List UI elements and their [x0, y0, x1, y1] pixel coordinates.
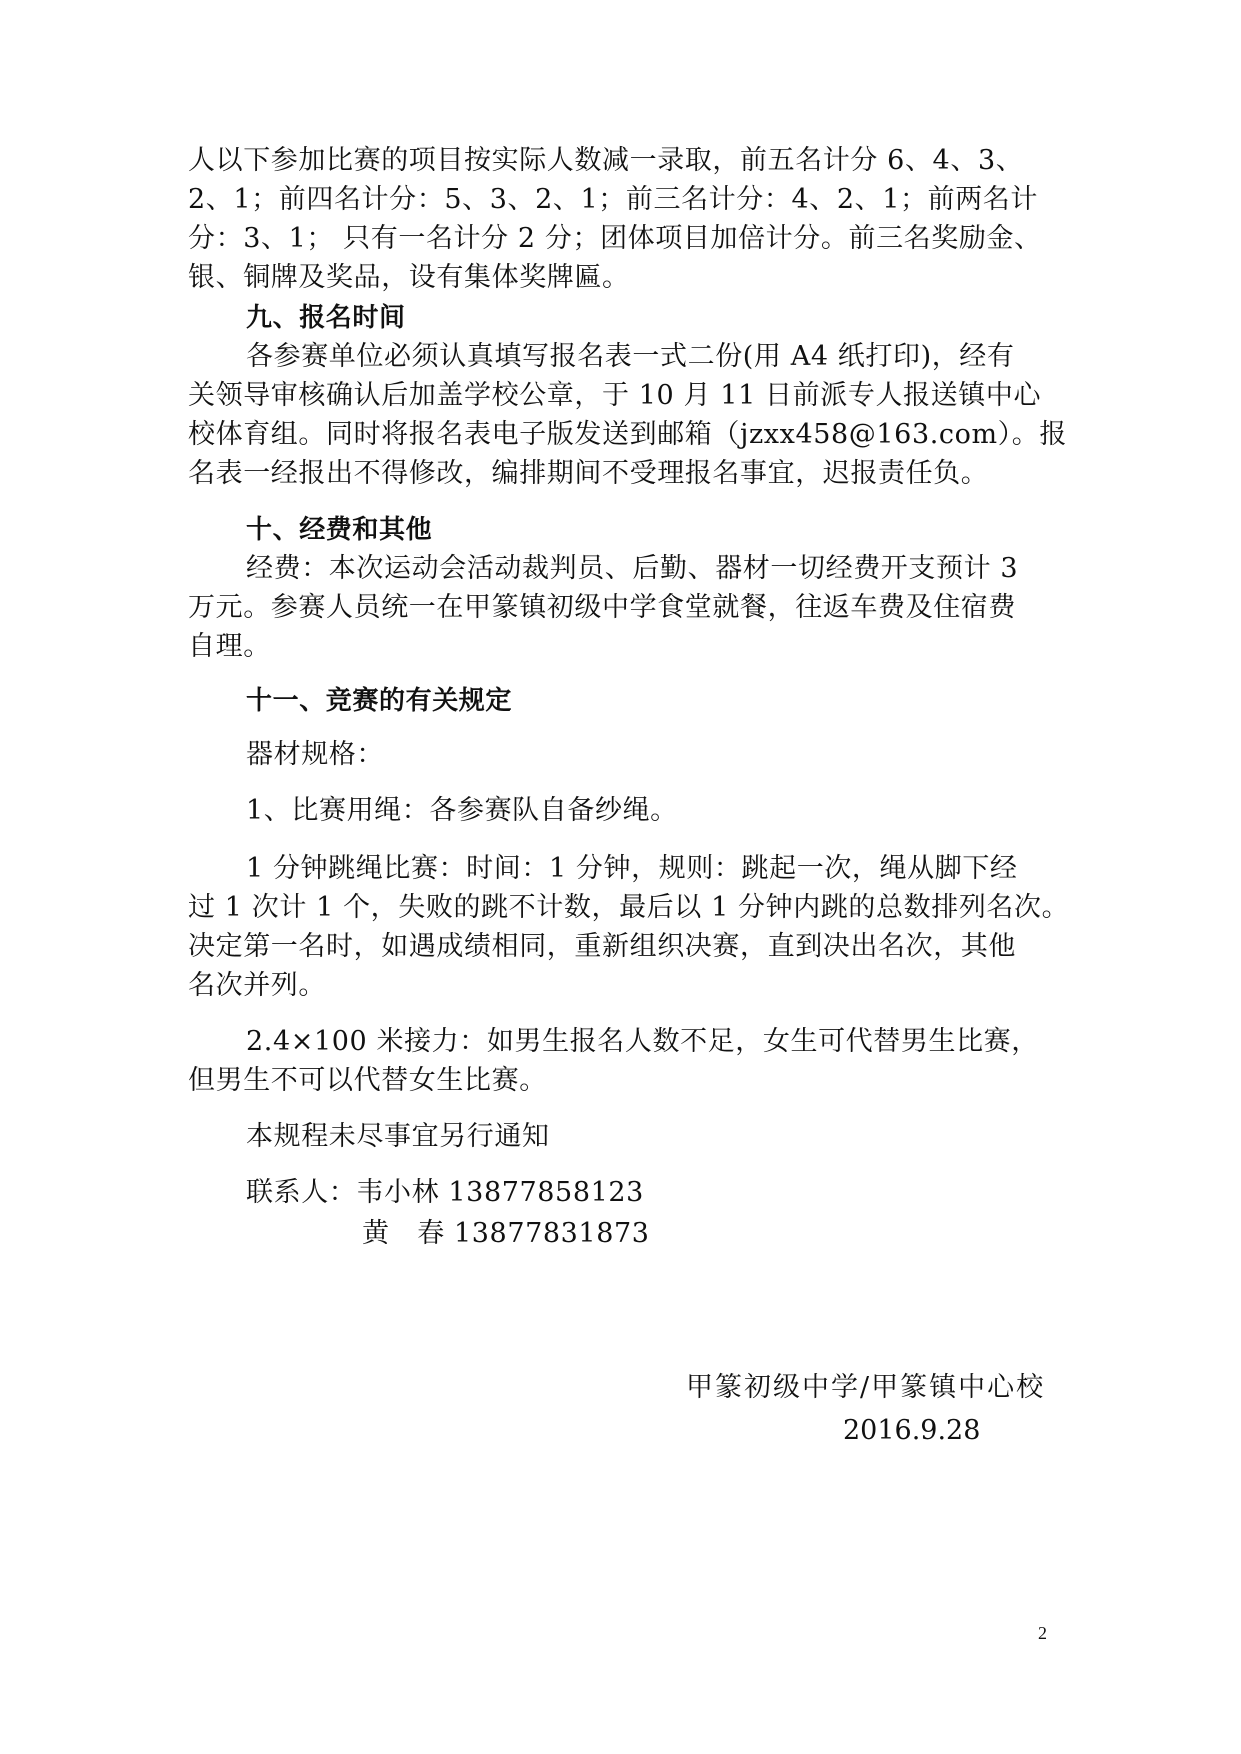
- intro-line-2: 2、1；前四名计分：5、3、2、1；前三名计分：4、2、1；前两名计: [188, 182, 1038, 218]
- registration-line-2: 关领导审核确认后加盖学校公章，于 10 月 11 日前派专人报送镇中心: [188, 378, 1041, 414]
- contact-line-1: 联系人：韦小林 13877858123: [246, 1175, 644, 1211]
- registration-line-3: 校体育组。同时将报名表电子版发送到邮箱（jzxx458@163.com）。报: [188, 417, 1067, 453]
- page-number: 2: [1038, 1623, 1047, 1644]
- registration-line-1: 各参赛单位必须认真填写报名表一式二份(用 A4 纸打印)，经有: [246, 339, 1015, 375]
- contact-line-2: 黄 春 13877831873: [362, 1216, 650, 1252]
- rules-rope-line: 1、比赛用绳：各参赛队自备纱绳。: [246, 793, 678, 829]
- funding-line-3: 自理。: [188, 629, 271, 665]
- registration-line-4: 名表一经报出不得修改，编排期间不受理报名事宜，迟报责任负。: [188, 456, 988, 492]
- section-heading-funding: 十、经费和其他: [246, 512, 432, 548]
- signature-organization: 甲篆初级中学/甲篆镇中心校: [686, 1370, 1045, 1406]
- section-heading-registration: 九、报名时间: [246, 300, 406, 336]
- funding-line-2: 万元。参赛人员统一在甲篆镇初级中学食堂就餐，往返车费及住宿费: [188, 590, 1016, 626]
- intro-line-4: 银、铜牌及奖品，设有集体奖牌匾。: [188, 260, 630, 296]
- rules-jump-line-3: 决定第一名时，如遇成绩相同，重新组织决赛，直到决出名次，其他: [188, 929, 1016, 965]
- rules-jump-line-1: 1 分钟跳绳比赛：时间：1 分钟，规则：跳起一次，绳从脚下经: [246, 851, 1018, 887]
- rules-relay-line-2: 但男生不可以代替女生比赛。: [188, 1063, 547, 1099]
- funding-line-1: 经费：本次运动会活动裁判员、后勤、器材一切经费开支预计 3: [246, 551, 1018, 587]
- document-page: 人以下参加比赛的项目按实际人数减一录取，前五名计分 6、4、3、 2、1；前四名…: [0, 0, 1241, 1754]
- rules-jump-line-4: 名次并列。: [188, 968, 326, 1004]
- section-heading-rules: 十一、竞赛的有关规定: [246, 683, 512, 719]
- signature-date: 2016.9.28: [843, 1413, 980, 1449]
- rules-jump-line-2: 过 1 次计 1 个，失败的跳不计数，最后以 1 分钟内跳的总数排列名次。: [188, 890, 1069, 926]
- rules-relay-line-1: 2.4×100 米接力：如男生报名人数不足，女生可代替男生比赛，: [246, 1024, 1039, 1060]
- notice-line: 本规程未尽事宜另行通知: [246, 1119, 550, 1155]
- intro-line-1: 人以下参加比赛的项目按实际人数减一录取，前五名计分 6、4、3、: [188, 143, 1023, 179]
- intro-line-3: 分：3、1； 只有一名计分 2 分；团体项目加倍计分。前三名奖励金、: [188, 221, 1042, 257]
- rules-equipment-label: 器材规格：: [246, 737, 384, 773]
